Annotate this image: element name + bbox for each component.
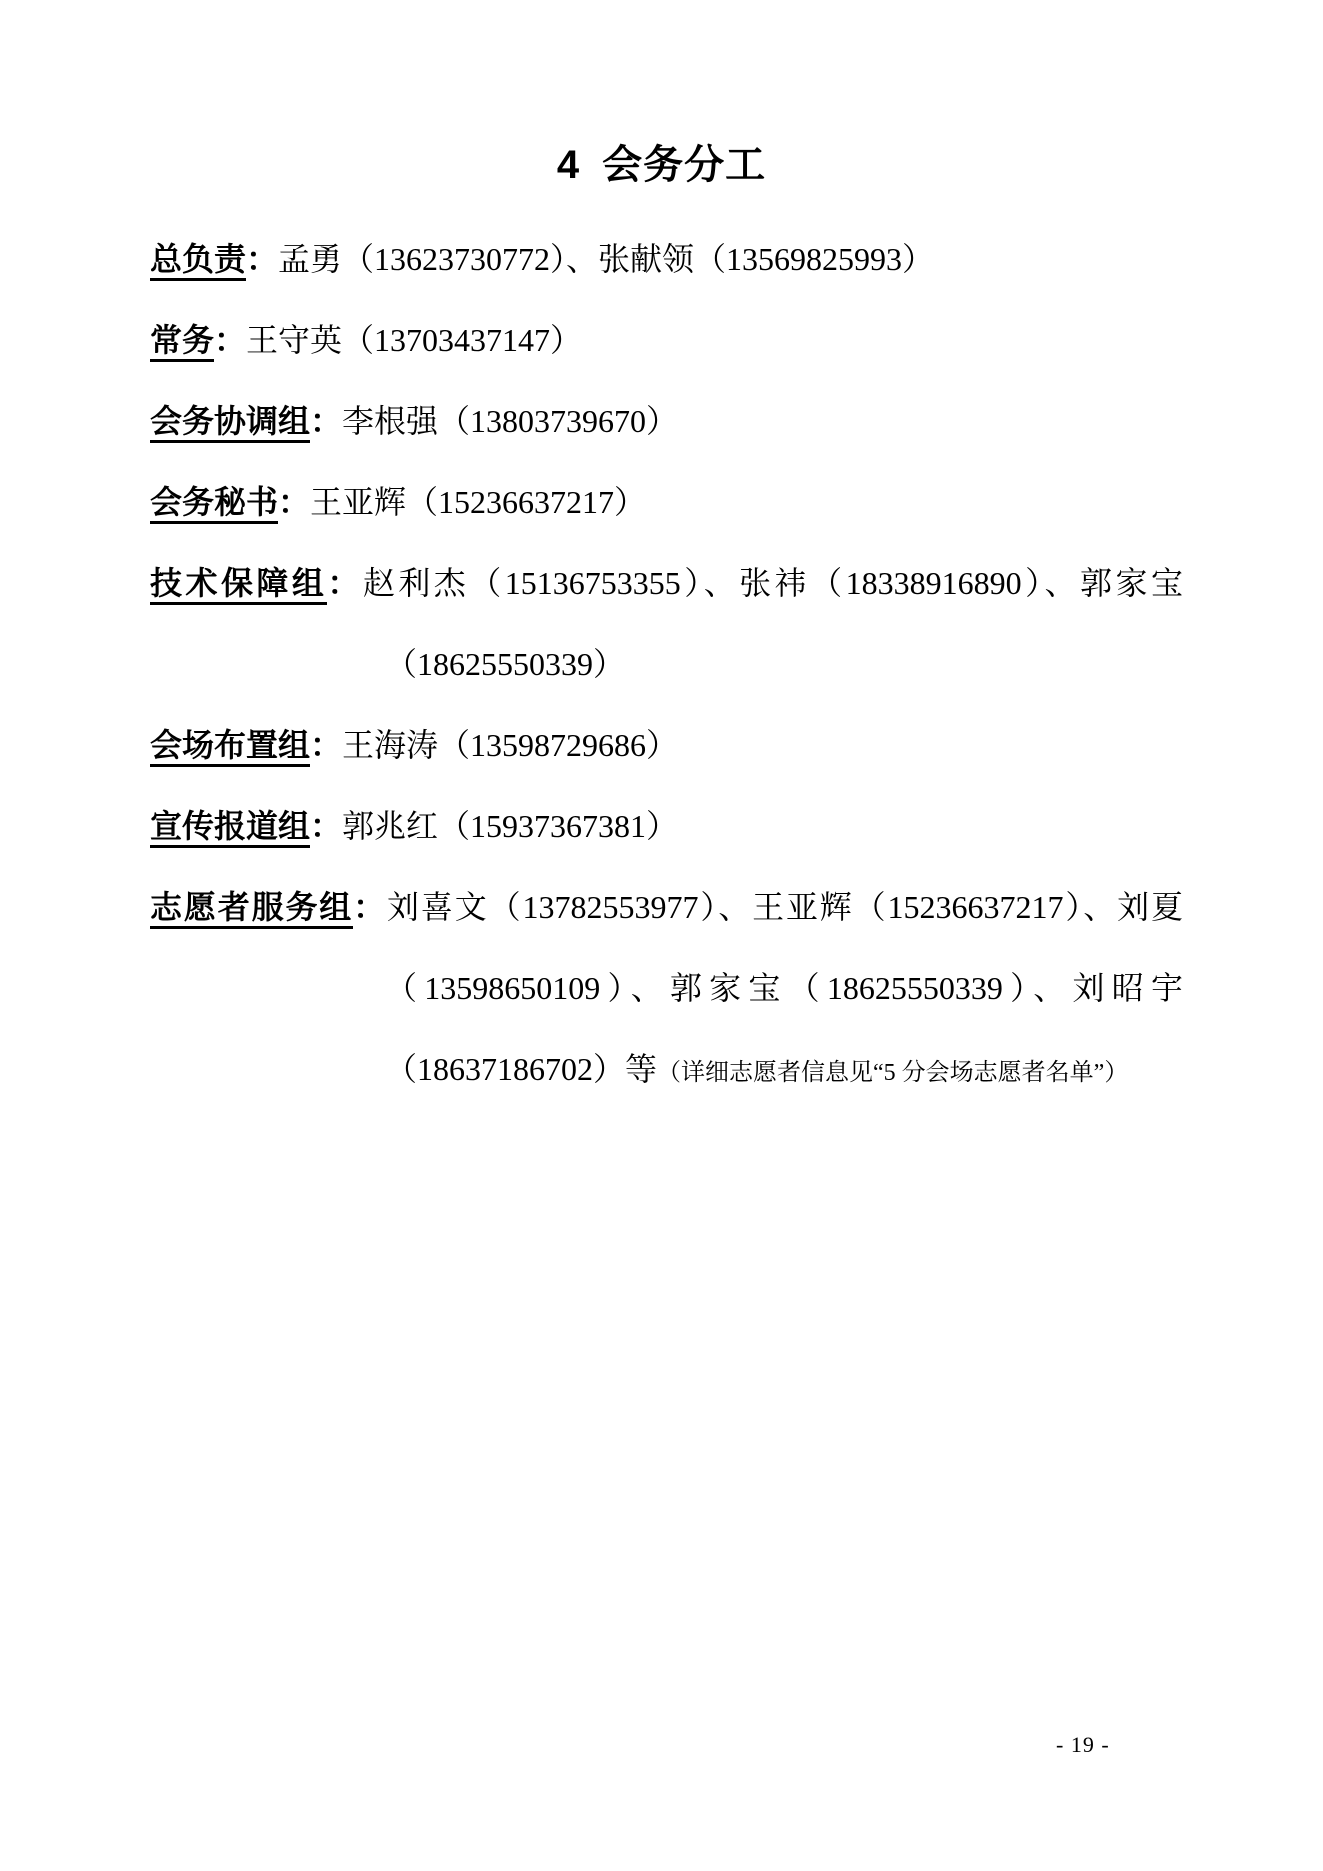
role-content: （13598650109）、郭家宝（18625550339）、刘昭宇 — [385, 970, 1183, 1006]
role-colon: ： — [310, 808, 342, 844]
role-line: 会务秘书：王亚辉（15236637217） — [150, 462, 1183, 543]
role-label: 志愿者服务组 — [150, 889, 353, 929]
role-line: 常务：王守英（13703437147） — [150, 300, 1183, 381]
role-label: 技术保障组 — [150, 565, 327, 605]
role-line: 宣传报道组：郭兆红（15937367381） — [150, 786, 1183, 867]
role-label: 会务秘书 — [150, 484, 278, 524]
role-label: 总负责 — [150, 241, 246, 281]
role-colon: ： — [246, 241, 278, 277]
role-content: 王海涛（13598729686） — [342, 727, 678, 763]
role-colon: ： — [353, 889, 387, 925]
role-colon: ： — [214, 322, 246, 358]
role-label: 会务协调组 — [150, 403, 310, 443]
role-line: （13598650109）、郭家宝（18625550339）、刘昭宇 — [150, 948, 1183, 1029]
volunteer-note: （详细志愿者信息见“5 分会场志愿者名单”） — [657, 1060, 1128, 1086]
role-line: 技术保障组：赵利杰（15136753355）、张祎（18338916890）、郭… — [150, 543, 1183, 624]
role-line: （18625550339） — [150, 624, 1183, 705]
role-colon: ： — [278, 484, 310, 520]
role-content: 郭兆红（15937367381） — [342, 808, 678, 844]
role-content: 李根强（13803739670） — [342, 403, 678, 439]
role-label: 常务 — [150, 322, 214, 362]
role-content: （18637186702）等 — [385, 1051, 657, 1087]
role-content: （18625550339） — [385, 646, 625, 682]
role-content: 刘喜文（13782553977）、王亚辉（15236637217）、刘夏 — [387, 889, 1183, 925]
role-colon: ： — [310, 727, 342, 763]
role-line: 志愿者服务组：刘喜文（13782553977）、王亚辉（15236637217）… — [150, 867, 1183, 948]
roles-list: 总负责：孟勇（13623730772）、张献领（13569825993）常务：王… — [0, 219, 1323, 1114]
document-page: 4 会务分工 总负责：孟勇（13623730772）、张献领（135698259… — [0, 0, 1323, 1871]
role-label: 宣传报道组 — [150, 808, 310, 848]
role-content: 赵利杰（15136753355）、张祎（18338916890）、郭家宝 — [363, 565, 1183, 601]
page-title: 4 会务分工 — [0, 133, 1323, 197]
role-line: （18637186702）等（详细志愿者信息见“5 分会场志愿者名单”） — [150, 1029, 1183, 1114]
role-content: 孟勇（13623730772）、张献领（13569825993） — [278, 241, 934, 277]
role-content: 王守英（13703437147） — [246, 322, 582, 358]
role-line: 会场布置组：王海涛（13598729686） — [150, 705, 1183, 786]
role-colon: ： — [310, 403, 342, 439]
role-colon: ： — [327, 565, 362, 601]
role-line: 会务协调组：李根强（13803739670） — [150, 381, 1183, 462]
page-number: - 19 - — [1056, 1729, 1110, 1761]
role-content: 王亚辉（15236637217） — [310, 484, 646, 520]
role-label: 会场布置组 — [150, 727, 310, 767]
role-line: 总负责：孟勇（13623730772）、张献领（13569825993） — [150, 219, 1183, 300]
